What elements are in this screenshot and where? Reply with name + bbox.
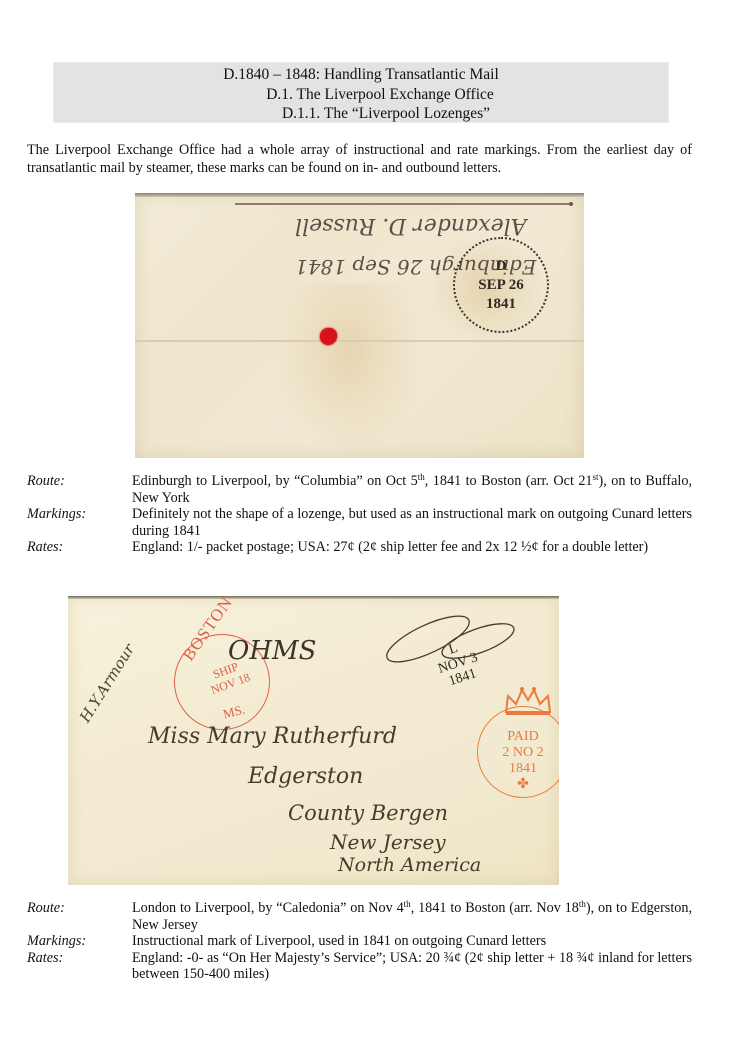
postmark-year: 1841 — [455, 295, 547, 314]
heading-subsection: D.1.1. The “Liverpool Lozenges” — [54, 104, 668, 124]
heading-section: D.1. The Liverpool Exchange Office — [54, 85, 668, 105]
fleuron-icon: ✤ — [478, 777, 559, 793]
address-line-3: County Bergen — [288, 801, 448, 825]
address-line-2: Edgerston — [248, 764, 363, 789]
route-label: Route: — [27, 473, 132, 506]
cover-edge — [135, 193, 584, 197]
cover-image-1: Alexander D. Russell Edinburgh 26 Sep 18… — [135, 193, 584, 458]
ink-rule — [235, 201, 575, 207]
markings-row: Markings: Definitely not the shape of a … — [27, 506, 692, 539]
letter-2-description: Route: London to Liverpool, by “Caledoni… — [27, 900, 692, 983]
address-line-4: New Jersey — [330, 830, 446, 854]
postmark-city: BOSTON — [181, 596, 235, 663]
rates-row: Rates: England: -0- as “On Her Majesty’s… — [27, 950, 692, 983]
route-label: Route: — [27, 900, 132, 933]
page-heading: D.1840 – 1848: Handling Transatlantic Ma… — [53, 62, 669, 123]
handwritten-docket: H.Y.Armour — [76, 641, 138, 726]
rates-label: Rates: — [27, 950, 132, 983]
fold-line — [135, 340, 584, 342]
dotted-postmark-sep-26-1841: D SEP 26 1841 — [453, 237, 549, 333]
paid-date: 2 NO 2 — [478, 745, 559, 761]
postmark-letter: D — [455, 257, 547, 276]
markings-label: Markings: — [27, 506, 132, 539]
route-row: Route: London to Liverpool, by “Caledoni… — [27, 900, 692, 933]
letter-1-description: Route: Edinburgh to Liverpool, by “Colum… — [27, 473, 692, 556]
postmark-ms: MS. — [222, 702, 247, 721]
rates-value: England: 1/- packet postage; USA: 27¢ (2… — [132, 539, 692, 556]
markings-value: Definitely not the shape of a lozenge, b… — [132, 506, 692, 539]
markings-row: Markings: Instructional mark of Liverpoo… — [27, 933, 692, 950]
intro-paragraph: The Liverpool Exchange Office had a whol… — [27, 141, 692, 177]
paid-year: 1841 — [478, 761, 559, 777]
address-line-5: North America — [338, 854, 481, 876]
route-value: Edinburgh to Liverpool, by “Columbia” on… — [132, 473, 692, 506]
rates-row: Rates: England: 1/- packet postage; USA:… — [27, 539, 692, 556]
heading-chapter: D.1840 – 1848: Handling Transatlantic Ma… — [54, 65, 668, 85]
cover-flap-stain — [275, 283, 425, 458]
address-line-1: Miss Mary Rutherfurd — [148, 724, 397, 749]
cover-edge — [68, 596, 559, 599]
markings-label: Markings: — [27, 933, 132, 950]
handwritten-name: Alexander D. Russell — [295, 213, 527, 238]
markings-value: Instructional mark of Liverpool, used in… — [132, 933, 692, 950]
crowned-paid-postmark: PAID 2 NO 2 1841 ✤ — [477, 706, 559, 798]
postmark-date: SEP 26 — [455, 276, 547, 295]
route-value: London to Liverpool, by “Caledonia” on N… — [132, 900, 692, 933]
rates-value: England: -0- as “On Her Majesty’s Servic… — [132, 950, 692, 983]
cover-image-2: H.Y.Armour BOSTON SHIP NOV 18 MS. OHMS L… — [68, 596, 559, 885]
rates-label: Rates: — [27, 539, 132, 556]
handwritten-ohms: OHMS — [228, 636, 316, 666]
paid-text: PAID — [478, 729, 559, 745]
route-row: Route: Edinburgh to Liverpool, by “Colum… — [27, 473, 692, 506]
